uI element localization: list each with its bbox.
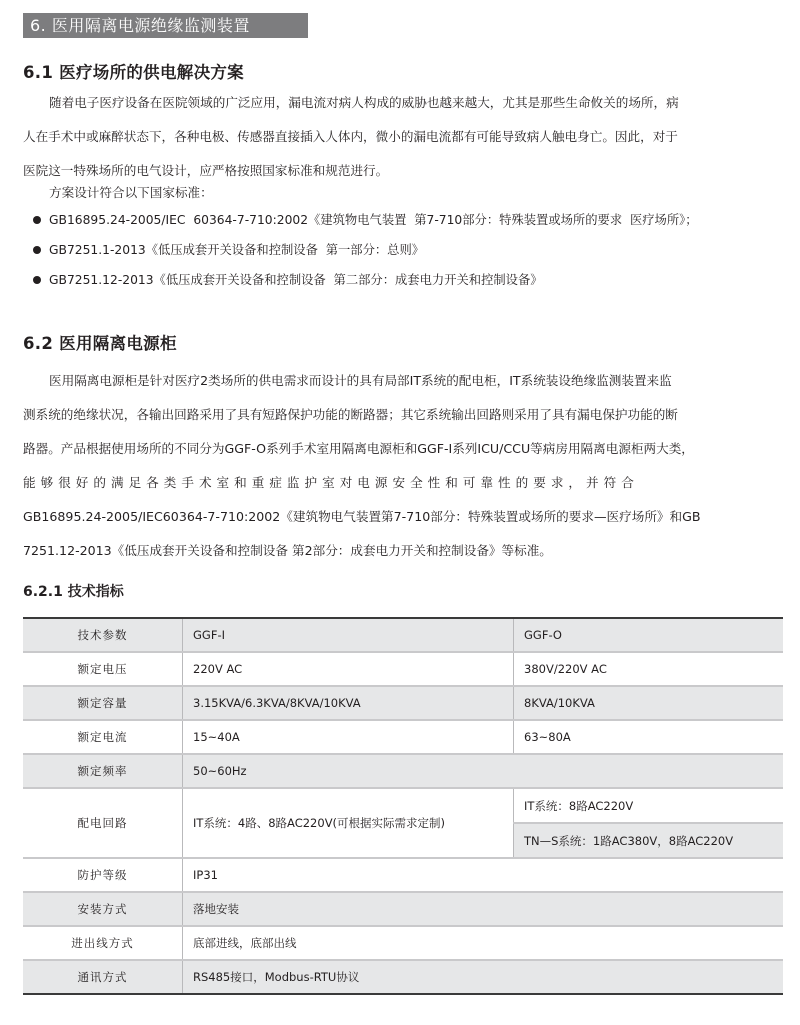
row-label: 安装方式: [23, 892, 183, 926]
cell-ggf-o-it: IT系统：8路AC220V: [514, 788, 784, 823]
chapter-title: 6. 医用隔离电源绝缘监测装置: [30, 16, 250, 35]
table-row: 进出线方式 底部进线，底部出线: [23, 926, 783, 960]
standard-text: GB16895.24-2005/IEC 60364-7-710:2002《建筑物…: [49, 207, 698, 233]
row-label: 额定容量: [23, 686, 183, 720]
cell-ggf-i: 3.15KVA/6.3KVA/8KVA/10KVA: [183, 686, 514, 720]
standards-intro: 方案设计符合以下国家标准：: [23, 180, 779, 206]
section-heading-6-2-1: 6.2.1 技术指标: [23, 581, 124, 601]
cell-value: 50~60Hz: [183, 754, 784, 788]
cell-value: 落地安装: [183, 892, 784, 926]
standards-list: GB16895.24-2005/IEC 60364-7-710:2002《建筑物…: [33, 207, 793, 293]
paragraph-line: 医用隔离电源柜是针对医疗2类场所的供电需求而设计的具有局部IT系统的配电柜，IT…: [23, 364, 779, 398]
paragraph-line: 随着电子医疗设备在医院领域的广泛应用，漏电流对病人构成的威胁也越来越大，尤其是那…: [23, 86, 779, 120]
section-6-1-paragraph: 随着电子医疗设备在医院领域的广泛应用，漏电流对病人构成的威胁也越来越大，尤其是那…: [23, 86, 779, 188]
paragraph-line: GB16895.24-2005/IEC60364-7-710:2002《建筑物电…: [23, 500, 779, 534]
table-header-ggf-i: GGF-I: [183, 618, 514, 652]
standard-list-item: GB7251.12-2013《低压成套开关设备和控制设备 第二部分：成套电力开关…: [33, 267, 793, 293]
paragraph-line: 人在手术中或麻醉状态下，各种电极、传感器直接插入人体内，微小的漏电流都有可能导致…: [23, 120, 779, 154]
bullet-dot-icon: [33, 246, 41, 254]
section-6-2-paragraph: 医用隔离电源柜是针对医疗2类场所的供电需求而设计的具有局部IT系统的配电柜，IT…: [23, 364, 779, 568]
table-row: 额定频率 50~60Hz: [23, 754, 783, 788]
table-header-label: 技术参数: [23, 618, 183, 652]
bullet-dot-icon: [33, 276, 41, 284]
cell-value: RS485接口，Modbus-RTU协议: [183, 960, 784, 994]
row-label: 额定频率: [23, 754, 183, 788]
cell-ggf-o: 8KVA/10KVA: [514, 686, 784, 720]
row-label: 进出线方式: [23, 926, 183, 960]
table-row: 额定电压 220V AC 380V/220V AC: [23, 652, 783, 686]
standards-intro-text: 方案设计符合以下国家标准：: [23, 180, 779, 206]
standard-text: GB7251.1-2013《低压成套开关设备和控制设备 第一部分：总则》: [49, 237, 424, 263]
row-label: 额定电压: [23, 652, 183, 686]
standard-list-item: GB7251.1-2013《低压成套开关设备和控制设备 第一部分：总则》: [33, 237, 793, 263]
cell-ggf-o: 63~80A: [514, 720, 784, 754]
cell-ggf-o-tns: TN—S系统：1路AC380V，8路AC220V: [514, 823, 784, 858]
paragraph-line: 能够很好的满足各类手术室和重症监护室对电源安全性和可靠性的要求，并符合: [23, 466, 779, 500]
paragraph-line: 7251.12-2013《低压成套开关设备和控制设备 第2部分：成套电力开关和控…: [23, 534, 779, 568]
table-row: 额定容量 3.15KVA/6.3KVA/8KVA/10KVA 8KVA/10KV…: [23, 686, 783, 720]
table-row: 安装方式 落地安装: [23, 892, 783, 926]
row-label: 通讯方式: [23, 960, 183, 994]
paragraph-line: 测系统的绝缘状况，各输出回路采用了具有短路保护功能的断路器；其它系统输出回路则采…: [23, 398, 779, 432]
chapter-title-bar: 6. 医用隔离电源绝缘监测装置: [23, 13, 308, 38]
row-label: 额定电流: [23, 720, 183, 754]
table-row: 额定电流 15~40A 63~80A: [23, 720, 783, 754]
table-header-row: 技术参数 GGF-I GGF-O: [23, 618, 783, 652]
table-row: 防护等级 IP31: [23, 858, 783, 892]
bullet-dot-icon: [33, 216, 41, 224]
cell-value: IP31: [183, 858, 784, 892]
table-row: 通讯方式 RS485接口，Modbus-RTU协议: [23, 960, 783, 994]
cell-ggf-i: IT系统：4路、8路AC220V(可根据实际需求定制): [183, 788, 514, 858]
row-label: 配电回路: [23, 788, 183, 858]
technical-specs-table: 技术参数 GGF-I GGF-O 额定电压 220V AC 380V/220V …: [23, 617, 783, 995]
standard-list-item: GB16895.24-2005/IEC 60364-7-710:2002《建筑物…: [33, 207, 793, 233]
table-header-ggf-o: GGF-O: [514, 618, 784, 652]
paragraph-line: 路器。产品根据使用场所的不同分为GGF-O系列手术室用隔离电源柜和GGF-I系列…: [23, 432, 779, 466]
table-row: 配电回路 IT系统：4路、8路AC220V(可根据实际需求定制) IT系统：8路…: [23, 788, 783, 823]
cell-ggf-i: 15~40A: [183, 720, 514, 754]
standard-text: GB7251.12-2013《低压成套开关设备和控制设备 第二部分：成套电力开关…: [49, 267, 543, 293]
cell-value: 底部进线，底部出线: [183, 926, 784, 960]
cell-ggf-o: 380V/220V AC: [514, 652, 784, 686]
row-label: 防护等级: [23, 858, 183, 892]
section-heading-6-2: 6.2 医用隔离电源柜: [23, 330, 177, 354]
cell-ggf-i: 220V AC: [183, 652, 514, 686]
section-heading-6-1: 6.1 医疗场所的供电解决方案: [23, 59, 244, 83]
